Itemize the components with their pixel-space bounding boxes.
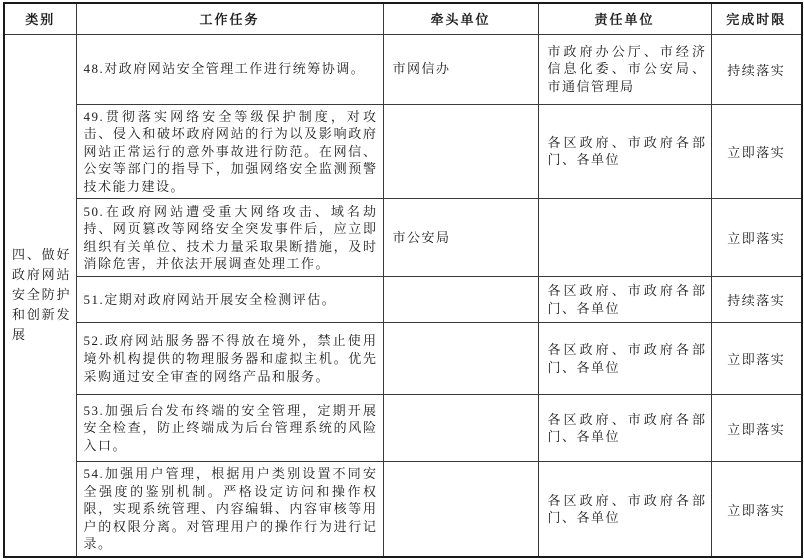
responsible-unit-cell xyxy=(538,199,711,277)
column-header-task: 工作任务 xyxy=(76,3,383,34)
responsible-unit-cell: 市政府办公厅、市经济信息化委、市公安局、市通信管理局 xyxy=(538,34,711,104)
column-header-category: 类别 xyxy=(4,3,76,34)
table-row: 53.加强后台发布终端的安全管理，定期开展安全检查，防止终端成为后台管理系统的风… xyxy=(4,395,802,462)
deadline-cell: 持续落实 xyxy=(711,34,802,104)
lead-unit-cell: 市公安局 xyxy=(383,199,538,277)
task-cell: 49.贯彻落实网络安全等级保护制度，对攻击、侵入和破坏政府网站的行为以及影响政府… xyxy=(76,104,383,199)
table-row: 49.贯彻落实网络安全等级保护制度，对攻击、侵入和破坏政府网站的行为以及影响政府… xyxy=(4,104,802,199)
responsible-unit-cell: 各区政府、市政府各部门、各单位 xyxy=(538,395,711,462)
task-cell: 52.政府网站服务器不得放在境外，禁止使用境外机构提供的物理服务器和虚拟主机。优… xyxy=(76,323,383,395)
header-row: 类别 工作任务 牵头单位 责任单位 完成时限 xyxy=(4,3,802,34)
deadline-cell: 立即落实 xyxy=(711,323,802,395)
task-cell: 53.加强后台发布终端的安全管理，定期开展安全检查，防止终端成为后台管理系统的风… xyxy=(76,395,383,462)
task-cell: 51.定期对政府网站开展安全检测评估。 xyxy=(76,277,383,323)
lead-unit-cell xyxy=(383,462,538,557)
responsible-unit-cell: 各区政府、市政府各部门、各单位 xyxy=(538,104,711,199)
lead-unit-cell xyxy=(383,104,538,199)
column-header-deadline: 完成时限 xyxy=(711,3,802,34)
deadline-cell: 立即落实 xyxy=(711,104,802,199)
table-row: 54.加强用户管理，根据用户类别设置不同安全强度的鉴别机制。严格设定访问和操作权… xyxy=(4,462,802,557)
table-row: 51.定期对政府网站开展安全检测评估。 各区政府、市政府各部门、各单位 持续落实 xyxy=(4,277,802,323)
task-cell: 50.在政府网站遭受重大网络攻击、域名劫持、网页篡改等网络安全突发事件后，应立即… xyxy=(76,199,383,277)
deadline-cell: 立即落实 xyxy=(711,462,802,557)
table-row: 52.政府网站服务器不得放在境外，禁止使用境外机构提供的物理服务器和虚拟主机。优… xyxy=(4,323,802,395)
task-cell: 54.加强用户管理，根据用户类别设置不同安全强度的鉴别机制。严格设定访问和操作权… xyxy=(76,462,383,557)
deadline-cell: 立即落实 xyxy=(711,395,802,462)
column-header-lead-unit: 牵头单位 xyxy=(383,3,538,34)
work-task-table: 类别 工作任务 牵头单位 责任单位 完成时限 四、做好政府网站安全防护和创新发展… xyxy=(3,2,803,558)
lead-unit-cell: 市网信办 xyxy=(383,34,538,104)
table-row: 四、做好政府网站安全防护和创新发展 48.对政府网站安全管理工作进行统筹协调。 … xyxy=(4,34,802,104)
lead-unit-cell xyxy=(383,395,538,462)
responsible-unit-cell: 各区政府、市政府各部门、各单位 xyxy=(538,323,711,395)
lead-unit-cell xyxy=(383,323,538,395)
responsible-unit-cell: 各区政府、市政府各部门、各单位 xyxy=(538,277,711,323)
deadline-cell: 立即落实 xyxy=(711,199,802,277)
responsible-unit-cell: 各区政府、市政府各部门、各单位 xyxy=(538,462,711,557)
category-cell: 四、做好政府网站安全防护和创新发展 xyxy=(4,34,76,557)
table-row: 50.在政府网站遭受重大网络攻击、域名劫持、网页篡改等网络安全突发事件后，应立即… xyxy=(4,199,802,277)
lead-unit-cell xyxy=(383,277,538,323)
task-cell: 48.对政府网站安全管理工作进行统筹协调。 xyxy=(76,34,383,104)
column-header-responsible-unit: 责任单位 xyxy=(538,3,711,34)
deadline-cell: 持续落实 xyxy=(711,277,802,323)
